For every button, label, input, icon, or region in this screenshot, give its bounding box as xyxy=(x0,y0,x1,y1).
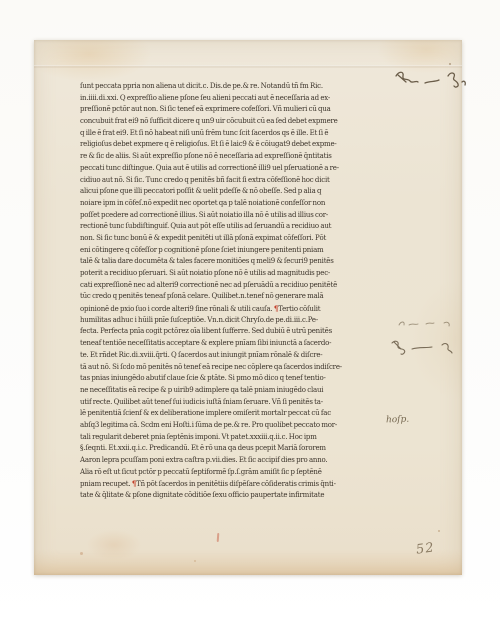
text-line: tate & q̄litate & pſone dignitate cōditi… xyxy=(80,490,366,502)
text-line: tūc credo q penitēs teneaf pſonā celare.… xyxy=(80,291,366,303)
text-line: ne neceſſitatis eā recipe & p uirib9 adi… xyxy=(80,385,366,397)
text-line: noiare ipm in cōfeſ.nō expedit nec oport… xyxy=(80,198,366,210)
text-line: religioſus debet expmere q ē religioſus.… xyxy=(80,139,366,151)
text-line: eni cōtingere q cōfeſſor p cognitionē pſ… xyxy=(80,245,366,257)
text-line: poſſet pcedere ad correctionē illius. Si… xyxy=(80,210,366,222)
text-line: talē & talia dare documēta & tales facer… xyxy=(80,256,366,268)
text-line: abſq3 legitima cā. Scdm eni Hoſti.i ſūma… xyxy=(80,420,366,432)
text-line: teneaf tentiōe neceſſitatis acceptare & … xyxy=(80,338,366,350)
text-line: cati expreſſionē nec ad alteri9 correcti… xyxy=(80,280,366,292)
text-line: non. Si ſic tunc bonū ē & expedit penitē… xyxy=(80,233,366,245)
foxing-speck xyxy=(449,63,451,65)
text-line: in.iiii.di.xxi. Q expreſſio aliene pſone… xyxy=(80,93,366,105)
margin-note-hosp: hoſp. xyxy=(386,415,410,426)
text-line: te. Et rñdet Ric.di.xviii.q̄rti. Q ſacer… xyxy=(80,350,366,362)
text-line: rectionē tunc ſubdiſtinguif. Quia aut pō… xyxy=(80,221,366,233)
text-line: fecta. Perfecta pnīa cogit pctōrez oīa l… xyxy=(80,326,366,338)
text-line: §.ſeqnti. Et.xxii.q.i.c. Predicandū. Et … xyxy=(80,443,366,455)
text-line: cidiuo aut nō. Si ſic. Tunc credo q peni… xyxy=(80,175,366,187)
text-line: q ille ē frat ei9. Et ſi nō habeat niſi … xyxy=(80,128,366,140)
margin-note-upper xyxy=(396,317,462,331)
book-page: ſunt peccata ppria non aliena ut dicit.c… xyxy=(34,40,462,575)
text-line: preſſionē pctōr aut non. Si ſic tenef eā… xyxy=(80,104,366,116)
text-line: concubuit frat ei9 nō ſufficit dicere q … xyxy=(80,116,366,128)
text-line: Alia rō eſt ut ſicut pctōr p peccatū ſep… xyxy=(80,467,366,479)
text-line: peccati tunc diſtingue. Quia aut ē utili… xyxy=(80,163,366,175)
text-line: alicui pſone que illi peccatori poſſit &… xyxy=(80,186,366,198)
text-line: utif recte. Quilibet aūt tenef ſui iudic… xyxy=(80,397,366,409)
text-line: tas pnias iniungēdo abutif claue ſcie & … xyxy=(80,373,366,385)
photograph-of-incunabulum-leaf: { "colors": { "backdrop": "#fbfaf7", "pa… xyxy=(0,0,500,625)
text-line: tali regularit deberet pnia ſeptēnis imp… xyxy=(80,432,366,444)
text-block: ſunt peccata ppria non aliena ut dicit.c… xyxy=(80,81,366,502)
text-line: tā aut nō. Si ſcdo mō penitēs nō tenef e… xyxy=(80,362,366,374)
text-line: lē penitentiā ſcienf & ex deliberatione … xyxy=(80,408,366,420)
ink-inscription-top-right xyxy=(392,66,470,98)
foxing-speck xyxy=(80,552,83,555)
text-line: opinionē de pxio ſuo i corde alteri9 ſin… xyxy=(80,303,366,315)
text-line: ſunt peccata ppria non aliena ut dicit.c… xyxy=(80,81,366,93)
text-line: pniam recupet. ¶Tñ pōt ſacerdos in penit… xyxy=(80,478,366,490)
text-line: Aaron lepra pcuſſam poni extra caſtra p.… xyxy=(80,455,366,467)
foxing-speck xyxy=(194,560,196,562)
text-line: humilitas adhuc i hūili pnīe ſuſceptiōe.… xyxy=(80,315,366,327)
folio-number: 52 xyxy=(415,537,457,557)
margin-note-lower xyxy=(388,338,462,358)
foxing-speck xyxy=(438,530,440,532)
red-tick-mark xyxy=(217,533,220,542)
text-line: re & ſic de aliis. Si aūt expreſſio pſon… xyxy=(80,151,366,163)
text-line: poterit a recidiuo pſeruari. Si aūt noia… xyxy=(80,268,366,280)
